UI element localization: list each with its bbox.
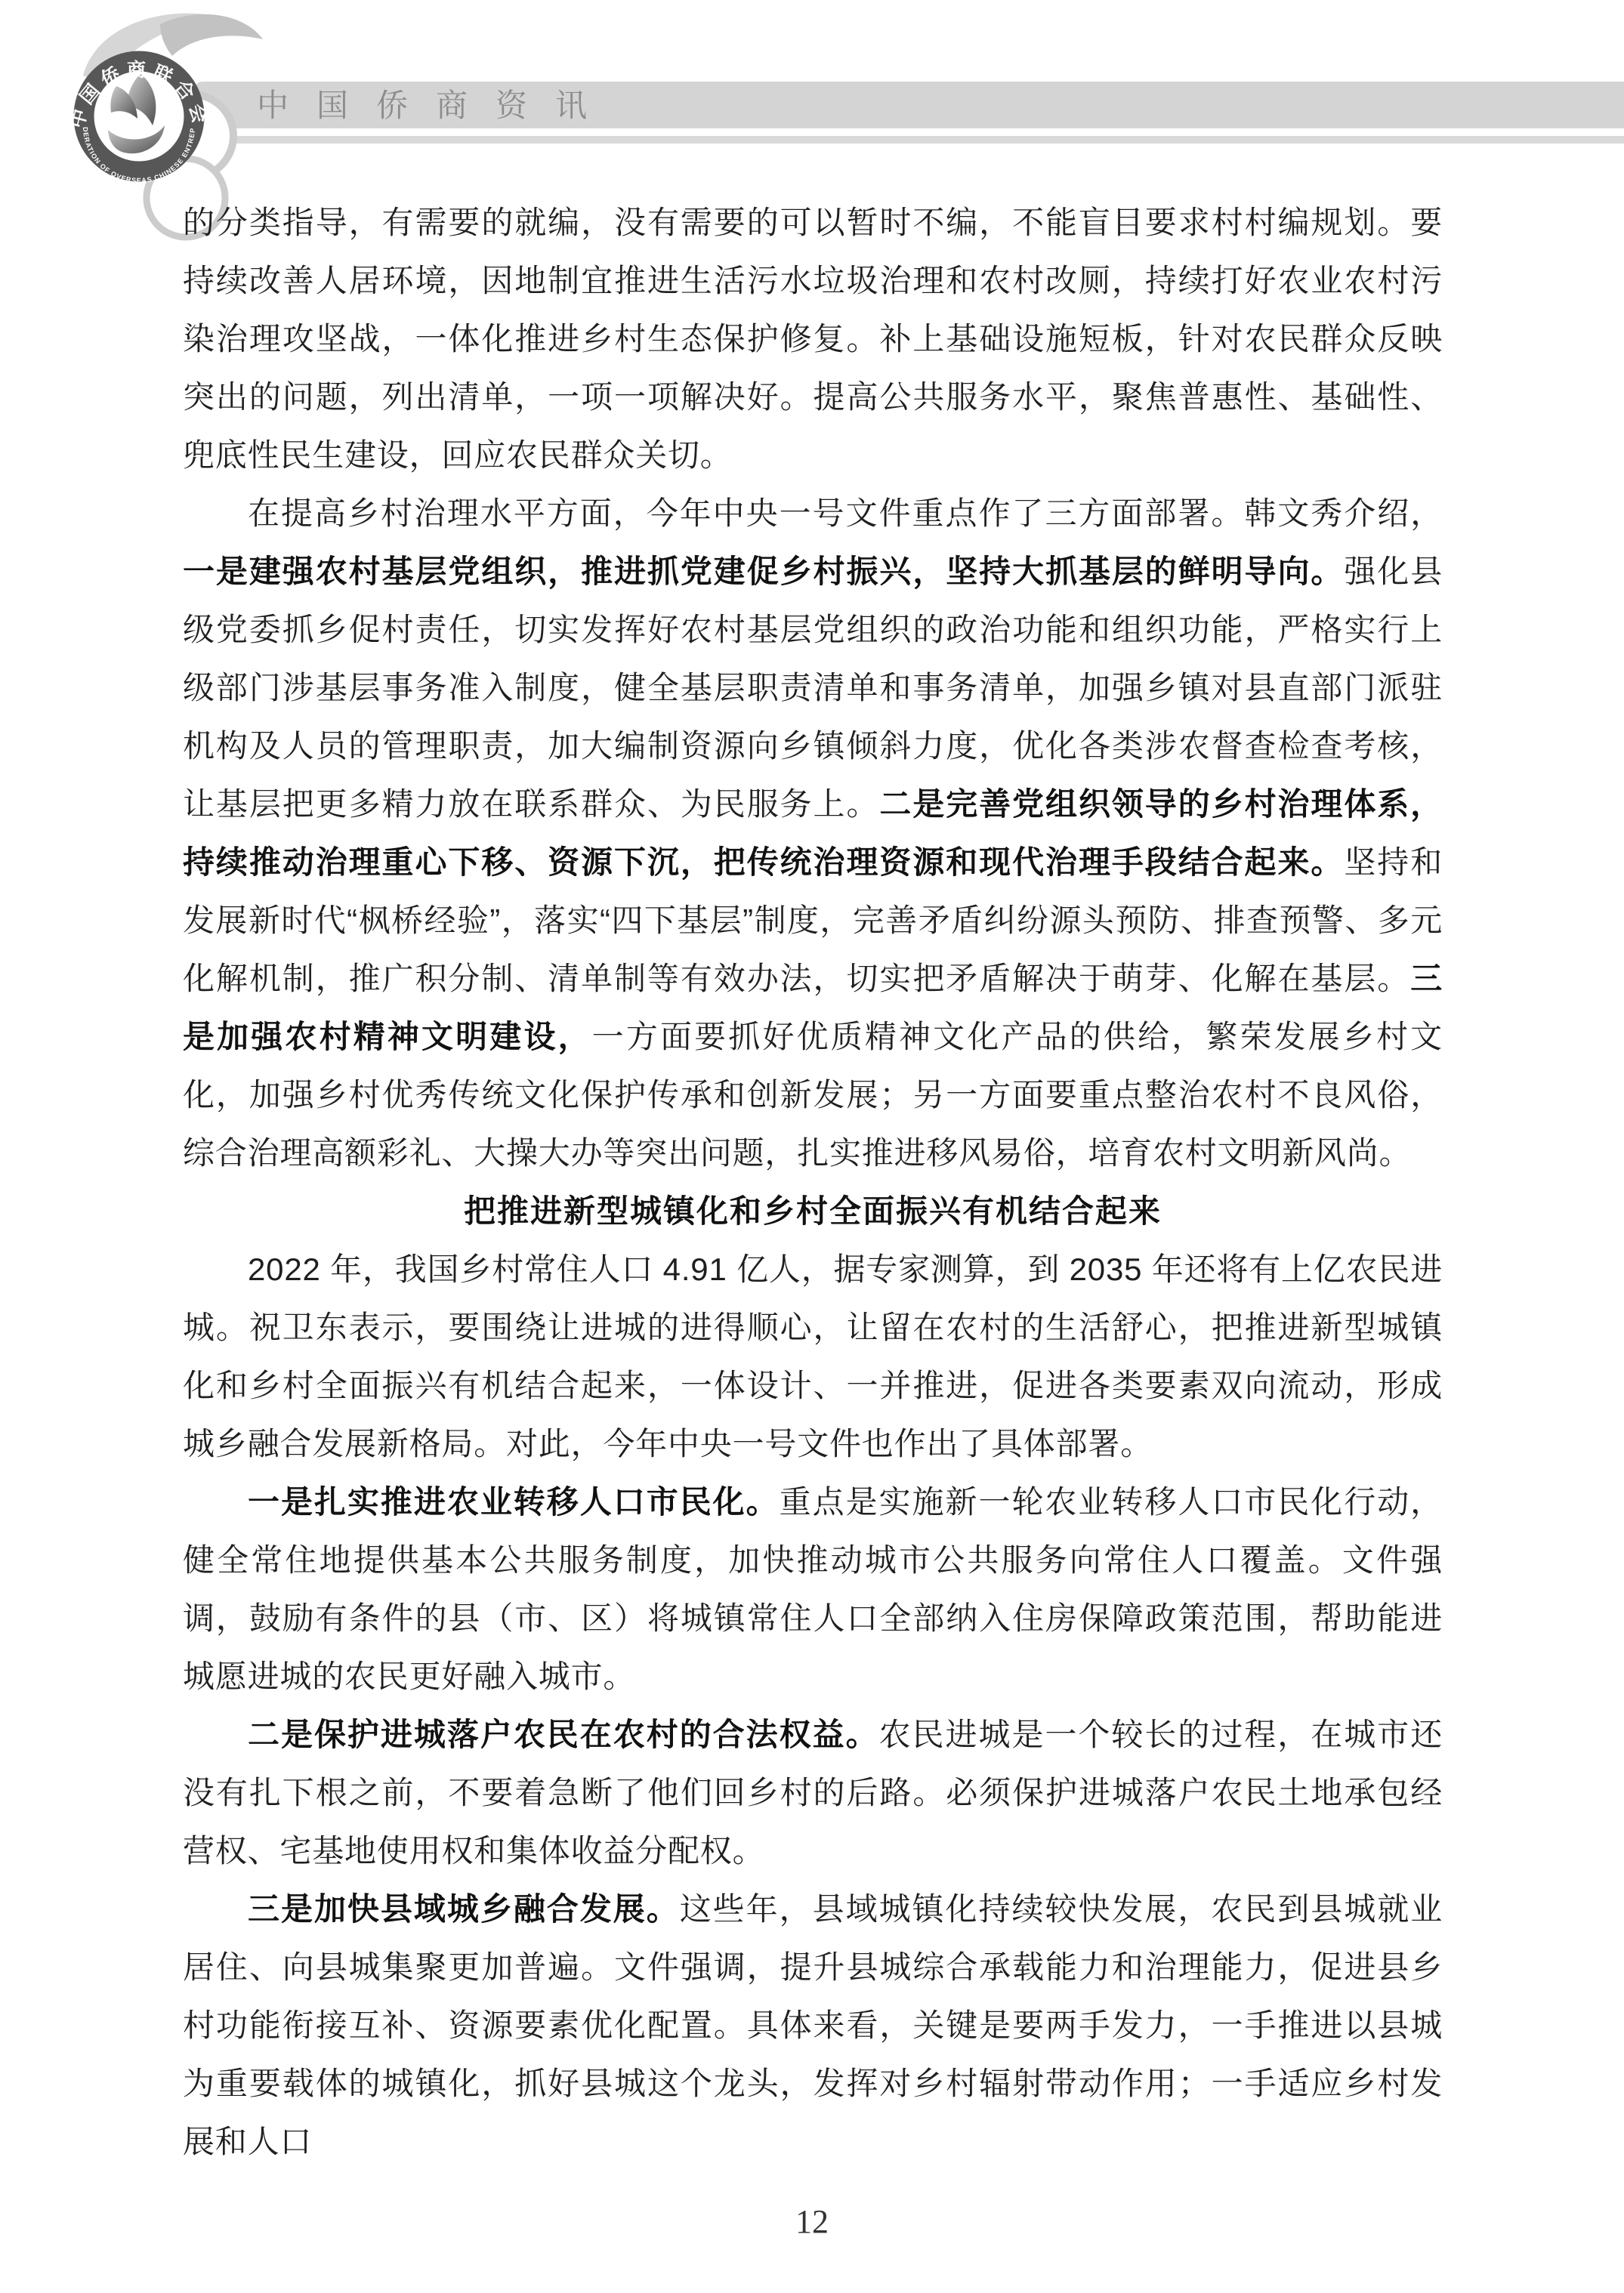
bold-run: 三是加快县域城乡融合发展。 xyxy=(248,1891,680,1927)
page-number: 12 xyxy=(0,2202,1624,2241)
bold-run: 一是建强农村基层党组织，推进抓党建促乡村振兴，坚持大抓基层的鲜明导向。 xyxy=(183,554,1344,589)
article-body: 的分类指导，有需要的就编，没有需要的可以暂时不编，不能盲目要求村村编规划。要持续… xyxy=(183,193,1443,2171)
bold-run: 一是扎实推进农业转移人口市民化。 xyxy=(248,1484,780,1520)
paragraph: 在提高乡村治理水平方面，今年中央一号文件重点作了三方面部署。韩文秀介绍，一是建强… xyxy=(183,484,1443,1182)
paragraph: 三是加快县域城乡融合发展。这些年，县域城镇化持续较快发展，农民到县城就业居住、向… xyxy=(183,1880,1443,2171)
document-page: 中国侨商资讯 中国侨商联合会 xyxy=(0,0,1624,2293)
text-run: 的分类指导，有需要的就编，没有需要的可以暂时不编，不能盲目要求村村编规划。要持续… xyxy=(183,205,1443,473)
text-run: 在提高乡村治理水平方面，今年中央一号文件重点作了三方面部署。韩文秀介绍， xyxy=(248,495,1443,531)
paragraph: 的分类指导，有需要的就编，没有需要的可以暂时不编，不能盲目要求村村编规划。要持续… xyxy=(183,193,1443,484)
text-run: 2022 年，我国乡村常住人口 4.91 亿人，据专家测算，到 2035 年还将… xyxy=(183,1251,1443,1461)
swoosh-petal-icon xyxy=(160,14,263,56)
header-banner-underline xyxy=(150,136,1624,144)
header-banner: 中国侨商资讯 xyxy=(195,82,1624,128)
paragraph: 2022 年，我国乡村常住人口 4.91 亿人，据专家测算，到 2035 年还将… xyxy=(183,1240,1443,1473)
text-run: 强化县级党委抓乡促村责任，切实发挥好农村基层党组织的政治功能和组织功能，严格实行… xyxy=(183,554,1443,822)
paragraph: 二是保护进城落户农民在农村的合法权益。农民进城是一个较长的过程，在城市还没有扎下… xyxy=(183,1705,1443,1880)
section-heading: 把推进新型城镇化和乡村全面振兴有机结合起来 xyxy=(183,1182,1443,1240)
paragraph: 一是扎实推进农业转移人口市民化。重点是实施新一轮农业转移人口市民化行动，健全常住… xyxy=(183,1473,1443,1705)
bold-run: 二是保护进城落户农民在农村的合法权益。 xyxy=(248,1717,879,1752)
text-run: 这些年，县域城镇化持续较快发展，农民到县城就业居住、向县城集聚更加普遍。文件强调… xyxy=(183,1891,1443,2159)
